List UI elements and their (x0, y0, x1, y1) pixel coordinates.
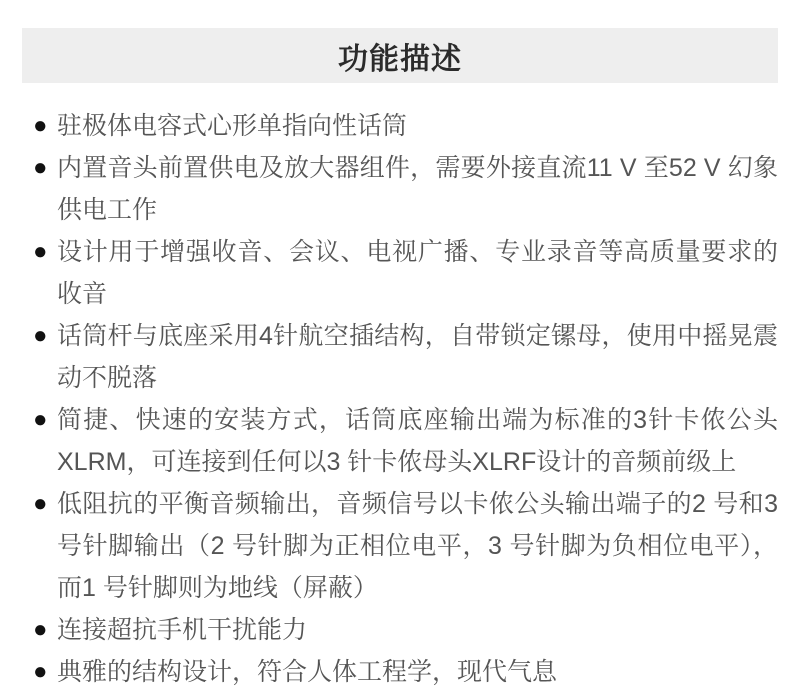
bullet-icon: ● (33, 483, 57, 525)
list-item: ● 话筒杆与底座采用4针航空插结构，自带锁定镙母，使用中摇晃震动不脱落 (33, 315, 778, 399)
list-item: ● 低阻抗的平衡音频输出，音频信号以卡侬公头输出端子的2 号和3 号针脚输出（2… (33, 483, 778, 609)
feature-text: 话筒杆与底座采用4针航空插结构，自带锁定镙母，使用中摇晃震动不脱落 (57, 315, 778, 399)
bullet-icon: ● (33, 651, 57, 693)
feature-text: 设计用于增强收音、会议、电视广播、专业录音等高质量要求的收音 (57, 231, 778, 315)
feature-text: 典雅的结构设计，符合人体工程学，现代气息 (57, 651, 778, 693)
feature-description-section: 功能描述 ● 驻极体电容式心形单指向性话筒 ● 内置音头前置供电及放大器组件，需… (0, 28, 800, 693)
list-item: ● 典雅的结构设计，符合人体工程学，现代气息 (33, 651, 778, 693)
bullet-icon: ● (33, 609, 57, 651)
feature-text: 驻极体电容式心形单指向性话筒 (57, 105, 778, 147)
list-item: ● 驻极体电容式心形单指向性话筒 (33, 105, 778, 147)
list-item: ● 简捷、快速的安装方式，话筒底座输出端为标准的3针卡侬公头XLRM，可连接到任… (33, 399, 778, 483)
bullet-icon: ● (33, 105, 57, 147)
list-item: ● 内置音头前置供电及放大器组件，需要外接直流11 V 至52 V 幻象 供电工… (33, 147, 778, 231)
list-item: ● 连接超抗手机干扰能力 (33, 609, 778, 651)
feature-text: 连接超抗手机干扰能力 (57, 609, 778, 651)
bullet-icon: ● (33, 231, 57, 273)
feature-list: ● 驻极体电容式心形单指向性话筒 ● 内置音头前置供电及放大器组件，需要外接直流… (0, 83, 800, 693)
list-item: ● 设计用于增强收音、会议、电视广播、专业录音等高质量要求的收音 (33, 231, 778, 315)
feature-text: 内置音头前置供电及放大器组件，需要外接直流11 V 至52 V 幻象 供电工作 (57, 147, 778, 231)
bullet-icon: ● (33, 147, 57, 189)
bullet-icon: ● (33, 399, 57, 441)
section-header: 功能描述 (22, 28, 778, 83)
feature-text: 低阻抗的平衡音频输出，音频信号以卡侬公头输出端子的2 号和3 号针脚输出（2 号… (57, 483, 778, 609)
feature-text: 简捷、快速的安装方式，话筒底座输出端为标准的3针卡侬公头XLRM，可连接到任何以… (57, 399, 778, 483)
bullet-icon: ● (33, 315, 57, 357)
section-title: 功能描述 (338, 34, 462, 78)
